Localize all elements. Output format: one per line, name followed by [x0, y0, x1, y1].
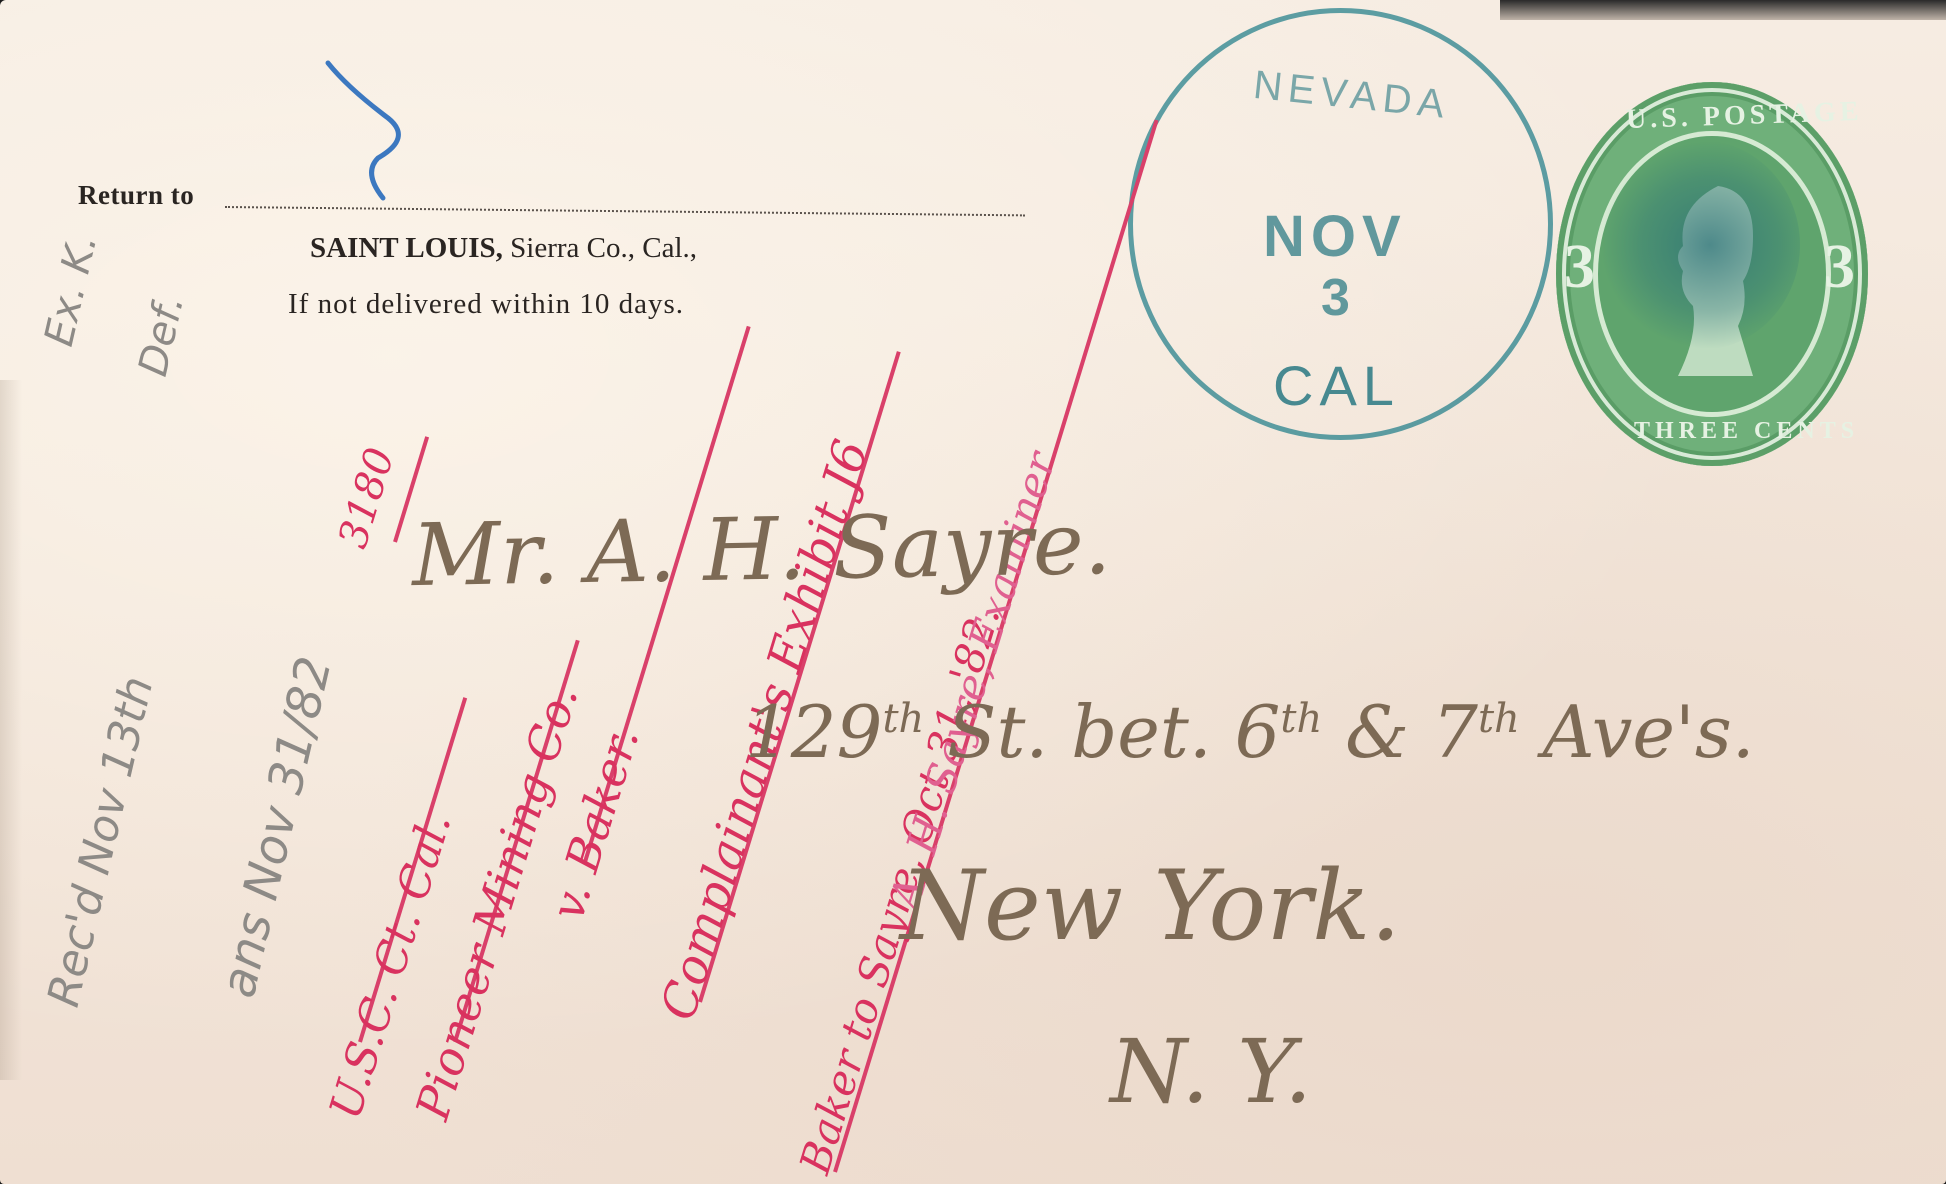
postmark-day: 3 [1321, 268, 1350, 328]
pencil-note-exhibit: Ex. K. [36, 230, 106, 351]
envelope: Return to SAINT LOUIS, Sierra Co., Cal.,… [0, 0, 1946, 1184]
postmark-state: CAL [1273, 353, 1400, 418]
postmark-town: NEVADA [1251, 63, 1452, 128]
street-suffix2: th [1280, 696, 1322, 742]
stamp-denomination-right: 3 [1824, 232, 1855, 303]
street-and: & 7 [1322, 690, 1478, 774]
postmark-month: NOV [1263, 203, 1407, 270]
street-between: St. bet. 6 [924, 690, 1280, 774]
recipient-city: New York. [900, 850, 1401, 962]
recipient-street: 129th St. bet. 6th & 7th Ave's. [745, 690, 1755, 774]
return-to-label: Return to [78, 180, 194, 211]
postmark: NEVADA NOV 3 CAL [1128, 8, 1553, 440]
recipient-name: Mr. A. H. Sayre. [411, 494, 1112, 606]
pencil-note-answered: ans Nov 31/82 [210, 652, 343, 1003]
pencil-note-def: Def. [130, 291, 193, 381]
cancellation-ink [1600, 140, 1800, 350]
street-suffix3: th [1478, 696, 1520, 742]
street-number: 129 [745, 690, 882, 774]
return-county: Sierra Co., Cal., [503, 232, 697, 264]
envelope-shadow [0, 380, 22, 1080]
stamp-denomination-left: 3 [1564, 232, 1595, 303]
stamp-bottom-text: THREE CENTS [1634, 418, 1859, 445]
pencil-note-received: Rec'd Nov 13th [38, 672, 163, 1012]
background-edge [1500, 0, 1946, 20]
return-instruction: If not delivered within 10 days. [288, 288, 684, 321]
stamp-top-text: U.S. POSTAGE [1626, 96, 1864, 136]
blue-pencil-mark [318, 58, 428, 208]
return-to-line [225, 206, 1025, 216]
street-aves: Ave's. [1520, 690, 1755, 774]
recipient-state: N. Y. [1110, 1020, 1312, 1123]
return-address: SAINT LOUIS, Sierra Co., Cal., [310, 232, 697, 265]
return-city: SAINT LOUIS, [310, 232, 503, 264]
docket-number: 3180 [330, 443, 404, 554]
street-suffix: th [882, 696, 924, 742]
